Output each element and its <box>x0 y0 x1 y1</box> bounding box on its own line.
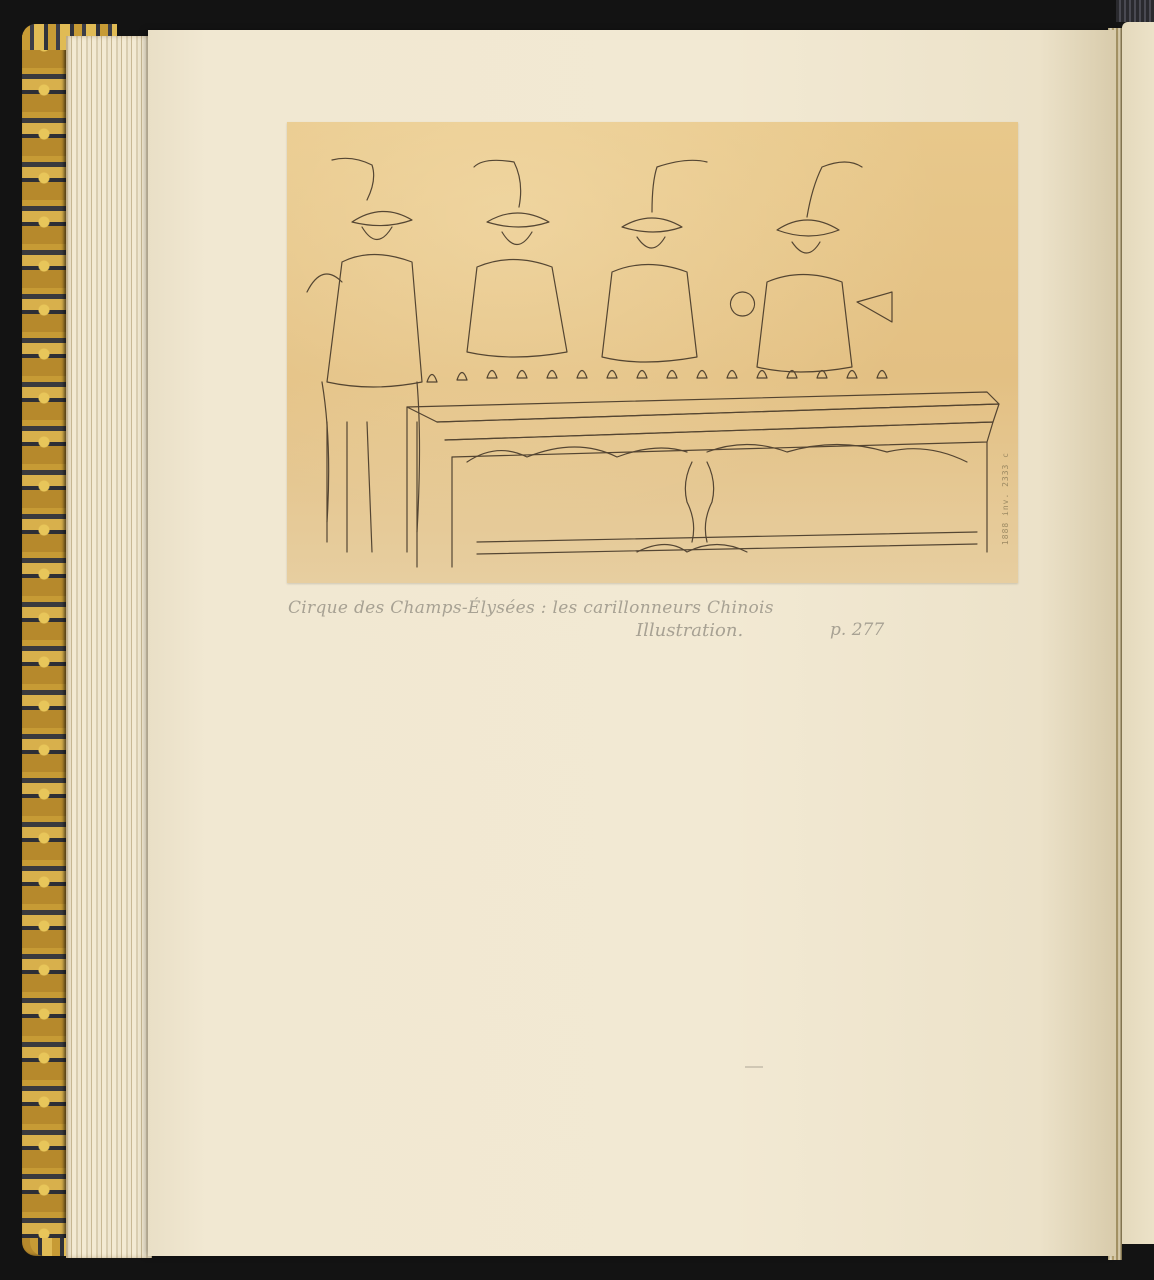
mounted-drawing: 1888 inv. 2333 c <box>287 122 1018 583</box>
gilt-tooled-binding-edge <box>22 24 66 1256</box>
binding-headband <box>1116 0 1154 22</box>
page-edges-stack <box>66 36 152 1258</box>
inventory-stamp: 1888 inv. 2333 c <box>1001 452 1010 545</box>
facing-page-edge <box>1122 22 1154 1244</box>
pencil-mark <box>745 1066 763 1068</box>
source-caption: Illustration. <box>636 620 743 641</box>
page-reference-caption: p. 277 <box>830 620 884 640</box>
album-photograph: 1888 inv. 2333 c Cirque des Champs-Élysé… <box>0 0 1154 1280</box>
bell-ringers-sketch <box>287 122 1018 583</box>
drawing-title-caption: Cirque des Champs-Élysées : les carillon… <box>288 598 774 618</box>
